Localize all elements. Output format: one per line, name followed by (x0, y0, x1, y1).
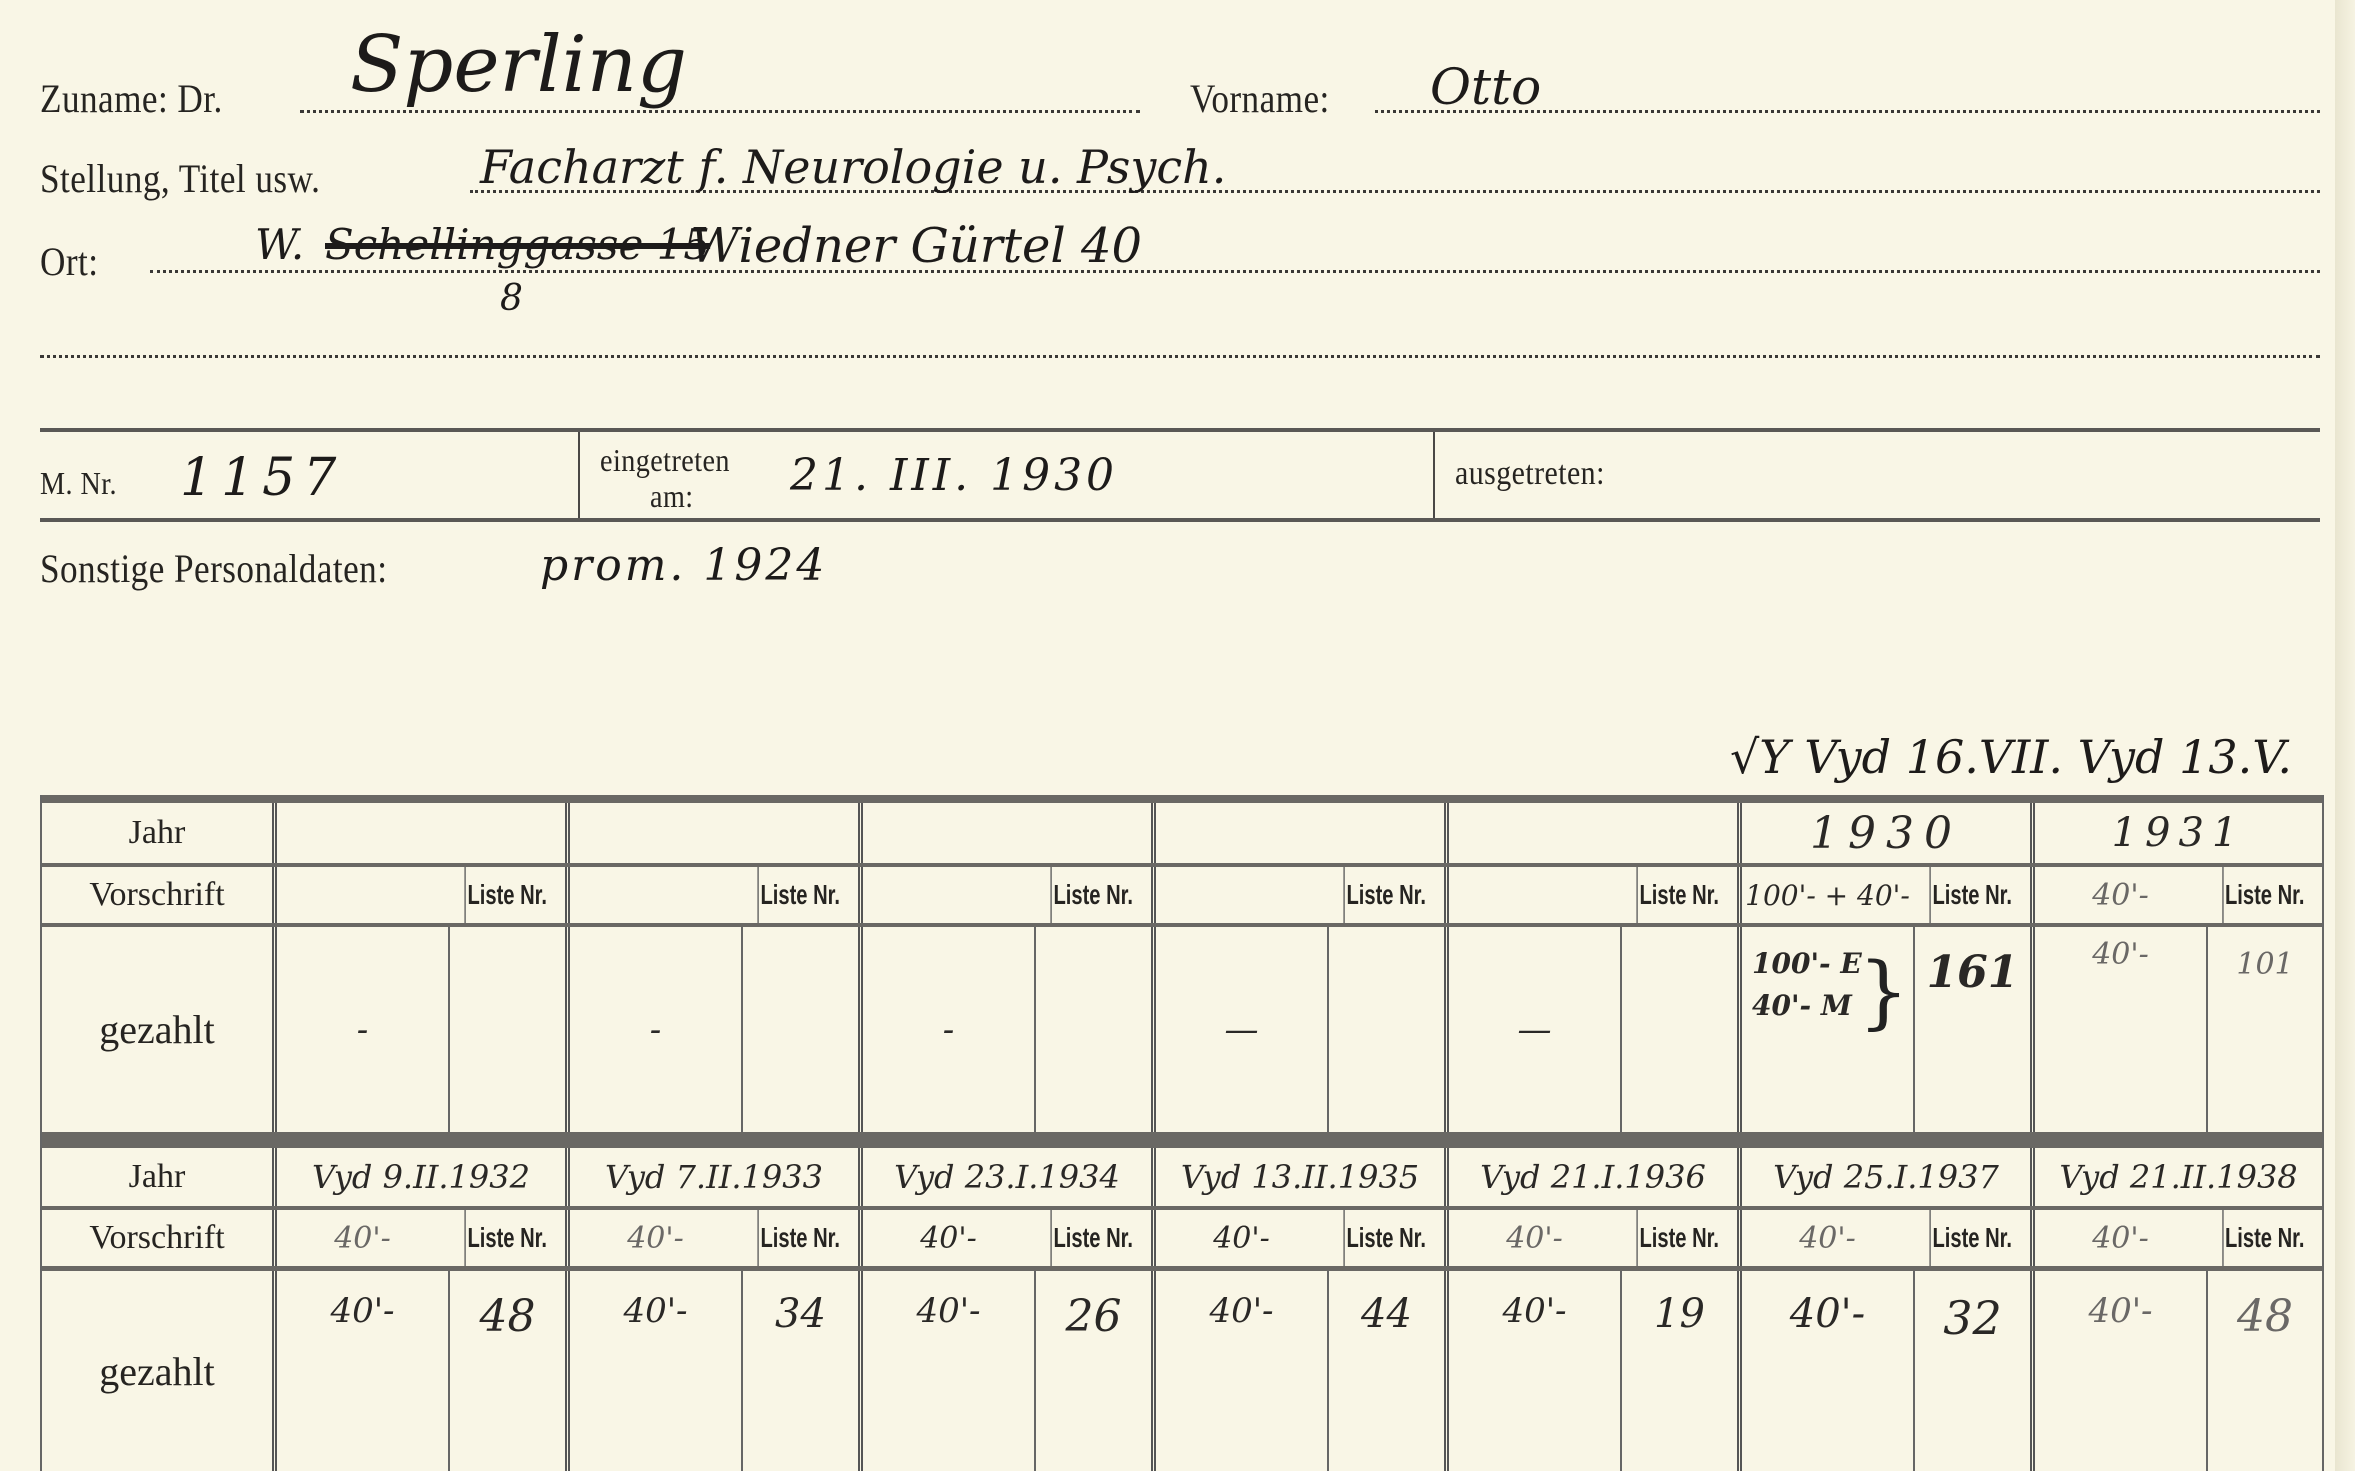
vorschrift-value: 40'- (858, 1210, 1034, 1266)
jahr-row: Jahr 1930 1931 (42, 803, 2322, 863)
ort-struck-value: Schellinggasse 15 (325, 220, 710, 269)
jahr-label: Jahr (42, 1148, 272, 1206)
liste-nr-header: Liste Nr. (1050, 867, 1134, 923)
table-top-rule (42, 1140, 2322, 1148)
year-value (1156, 803, 1444, 863)
year-value: Vyd 21.II.1938 (2030, 1148, 2322, 1206)
gezahlt-value: 40'- (1151, 1271, 1327, 1471)
liste-nr-header: Liste Nr. (464, 1210, 548, 1266)
vorschrift-row: Vorschrift Liste Nr. Liste Nr. Liste Nr.… (42, 867, 2322, 923)
year-value: Vyd 7.II.1933 (565, 1148, 858, 1206)
gezahlt-row: gezahlt 40'- 48 40'- 34 40'- 26 40'- 44 … (42, 1271, 2322, 1471)
year-cell: 1930 (1737, 803, 2030, 863)
stellung-value: Facharzt f. Neurologie u. Psych. (480, 140, 1226, 194)
mnr-value: 1157 (180, 448, 344, 508)
year-value: Vyd 9.II.1932 (272, 1148, 565, 1206)
gezahlt-line1: 100'- E (1752, 947, 1862, 980)
gezahlt-value: 40'- (272, 1271, 448, 1471)
zuname-value: Sperling (350, 20, 687, 110)
year-value (1449, 803, 1737, 863)
liste-value (1620, 927, 1737, 1132)
year-value: 1930 (1742, 803, 2030, 863)
year-value (863, 803, 1151, 863)
liste-nr-header: Liste Nr. (757, 1210, 841, 1266)
zuname-line (300, 110, 1140, 113)
vorschrift-value: 40'- (272, 1210, 448, 1266)
vorname-value: Otto (1430, 58, 1541, 116)
gezahlt-value: 40'- (1737, 1271, 1913, 1471)
mnr-bottom-rule (40, 518, 2320, 522)
gezahlt-value: — (1151, 927, 1327, 1132)
gezahlt-value: 40'- (2030, 1271, 2206, 1471)
brace-icon: } (1858, 945, 1909, 1038)
gezahlt-value: 40'- (1444, 1271, 1620, 1471)
year-value: Vyd 23.I.1934 (858, 1148, 1151, 1206)
table-bottom-rule (42, 1132, 2322, 1140)
year-cell (272, 803, 565, 863)
liste-nr-header: Liste Nr. (757, 867, 841, 923)
mnr-top-rule (40, 428, 2320, 432)
vorschrift-label: Vorschrift (42, 1210, 272, 1266)
gezahlt-row: gezahlt - - - — — 100'- E 40'- M } 161 4… (42, 927, 2322, 1132)
year-cell (1444, 803, 1737, 863)
liste-value (1034, 927, 1151, 1132)
liste-nr-header: Liste Nr. (464, 867, 548, 923)
jahr-label: Jahr (42, 803, 272, 863)
vorschrift-value: 40'- (2030, 867, 2206, 923)
gezahlt-line2: 40'- M (1752, 989, 1852, 1022)
liste-nr-header: Liste Nr. (1929, 1210, 2013, 1266)
ausgetreten-divider (1433, 432, 1435, 518)
gezahlt-cell-1930: 100'- E 40'- M } (1737, 927, 1913, 1132)
liste-nr-header: Liste Nr. (2222, 867, 2306, 923)
vorschrift-value (858, 867, 1034, 923)
gezahlt-value: — (1444, 927, 1620, 1132)
liste-nr-header: Liste Nr. (1929, 867, 2013, 923)
gezahlt-value: - (565, 927, 741, 1132)
gezahlt-value: 40'- (858, 1271, 1034, 1471)
table-top-rule (42, 795, 2322, 803)
year-cell: 1931 (2030, 803, 2322, 863)
sonstige-label: Sonstige Personaldaten: (40, 545, 387, 592)
vorschrift-value: 40'- (1737, 1210, 1913, 1266)
ausgetreten-label: ausgetreten: (1455, 455, 1605, 493)
liste-nr-header: Liste Nr. (2222, 1210, 2306, 1266)
liste-value: 161 (1913, 927, 2030, 1132)
zuname-label: Zuname: Dr. (40, 75, 223, 122)
ort-line (150, 270, 2320, 273)
year-value (570, 803, 858, 863)
eingetreten-am-label: am: (650, 478, 694, 515)
vorschrift-value (1444, 867, 1620, 923)
year-cell (858, 803, 1151, 863)
liste-value: 34 (741, 1271, 858, 1471)
extra-line (40, 355, 2320, 358)
liste-value (1327, 927, 1444, 1132)
ort-note: 8 (500, 278, 523, 319)
vorschrift-value: 40'- (1444, 1210, 1620, 1266)
payment-annotation: √Y Vyd 16.VII. Vyd 13.V. (1730, 730, 2292, 784)
vorschrift-value: 40'- (2030, 1210, 2206, 1266)
year-value (277, 803, 565, 863)
vorschrift-value (565, 867, 741, 923)
jahr-row: Jahr Vyd 9.II.1932 Vyd 7.II.1933 Vyd 23.… (42, 1148, 2322, 1206)
card-edge (2335, 0, 2355, 1471)
sonstige-value: prom. 1924 (540, 540, 827, 591)
gezahlt-value: 40'- (565, 1271, 741, 1471)
gezahlt-value: 40'- (2030, 927, 2206, 1132)
liste-value (448, 927, 565, 1132)
mnr-label: M. Nr. (40, 465, 117, 502)
liste-nr-header: Liste Nr. (1636, 867, 1720, 923)
vorschrift-value (1151, 867, 1327, 923)
vorschrift-value (272, 867, 448, 923)
gezahlt-value: - (858, 927, 1034, 1132)
gezahlt-value: - (272, 927, 448, 1132)
gezahlt-label: gezahlt (42, 927, 272, 1132)
liste-nr-header: Liste Nr. (1050, 1210, 1134, 1266)
liste-value: 48 (448, 1271, 565, 1471)
year-cell (565, 803, 858, 863)
year-value: Vyd 21.I.1936 (1444, 1148, 1737, 1206)
liste-value (741, 927, 858, 1132)
ort-label: Ort: (40, 238, 98, 285)
lower-payment-table: Jahr Vyd 9.II.1932 Vyd 7.II.1933 Vyd 23.… (40, 1140, 2324, 1471)
vorname-label: Vorname: (1190, 75, 1330, 122)
liste-nr-header: Liste Nr. (1343, 867, 1427, 923)
liste-value: 44 (1327, 1271, 1444, 1471)
vorschrift-value: 40'- (565, 1210, 741, 1266)
eingetreten-label: eingetreten (600, 442, 730, 479)
liste-value: 101 (2206, 927, 2322, 1132)
vorschrift-row: Vorschrift 40'- Liste Nr. 40'- Liste Nr.… (42, 1210, 2322, 1266)
year-cell (1151, 803, 1444, 863)
mnr-divider (578, 432, 580, 518)
year-value: Vyd 25.I.1937 (1737, 1148, 2030, 1206)
liste-value: 32 (1913, 1271, 2030, 1471)
upper-payment-table: Jahr 1930 1931 Vorschrift Liste Nr. List… (40, 795, 2324, 1140)
year-value: 1931 (2035, 803, 2322, 863)
vorschrift-value: 40'- (1151, 1210, 1327, 1266)
liste-value: 48 (2206, 1271, 2322, 1471)
liste-nr-header: Liste Nr. (1343, 1210, 1427, 1266)
year-value: Vyd 13.II.1935 (1151, 1148, 1444, 1206)
eingetreten-value: 21. III. 1930 (790, 450, 1118, 501)
ort-prefix: W. (255, 220, 304, 269)
stellung-label: Stellung, Titel usw. (40, 155, 320, 202)
vorschrift-label: Vorschrift (42, 867, 272, 923)
liste-value: 19 (1620, 1271, 1737, 1471)
liste-value: 26 (1034, 1271, 1151, 1471)
gezahlt-label: gezahlt (42, 1271, 272, 1471)
vorschrift-value: 100'- + 40'- (1737, 867, 1913, 923)
liste-nr-header: Liste Nr. (1636, 1210, 1720, 1266)
ort-value: Wiedner Gürtel 40 (690, 218, 1142, 274)
